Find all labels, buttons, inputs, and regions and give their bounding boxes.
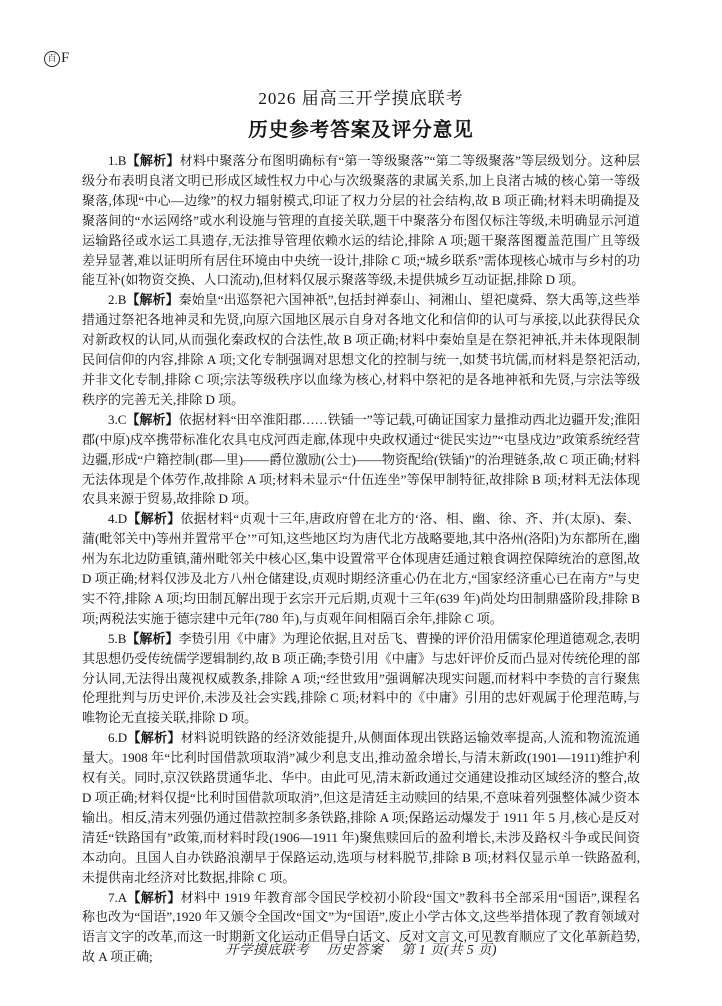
answer-number: 3.C [108, 412, 126, 427]
answer-sheet-subtitle: 历史参考答案及评分意见 [0, 114, 722, 142]
analysis-tag: 【解析】 [127, 890, 181, 905]
page-footer: 开学摸底联考历史答案第 1 页(共 5 页) [0, 938, 722, 958]
analysis-tag: 【解析】 [127, 730, 181, 745]
answer-number: 2.B [108, 292, 126, 307]
footer-page-number: 第 1 页(共 5 页) [401, 942, 497, 957]
answer-paragraph-3: 3.C【解析】依据材料“田卒淮阳郡……铁锸一”等记载,可确证国家力量推动西北边疆… [82, 410, 640, 510]
answers-body: 1.B【解析】材料中聚落分布图明确标有“第一等级聚落”“第二等级聚落”等层级划分… [82, 151, 640, 967]
analysis-tag: 【解析】 [126, 631, 178, 646]
analysis-tag: 【解析】 [126, 412, 178, 427]
answer-number: 5.B [108, 631, 126, 646]
answer-paragraph-2: 2.B【解析】秦始皇“出巡祭祀六国神祇”,包括封禅泰山、祠湘山、望祀虞舜、祭大禹… [82, 290, 640, 409]
answer-paragraph-1: 1.B【解析】材料中聚落分布图明确标有“第一等级聚落”“第二等级聚落”等层级划分… [82, 151, 640, 290]
analysis-text: 材料说明铁路的经济效能提升,从侧面体现出铁路运输效率提高,人流和物流流通量大。1… [82, 730, 640, 884]
answer-number: 4.D [108, 511, 127, 526]
analysis-text: 材料中聚落分布图明确标有“第一等级聚落”“第二等级聚落”等层级划分。这种层级分布… [82, 153, 640, 287]
publisher-watermark: 百F [44, 50, 69, 67]
analysis-text: 秦始皇“出巡祭祀六国神祇”,包括封禅泰山、祠湘山、望祀虞舜、祭大禹等,这些举措通… [82, 292, 640, 407]
footer-exam-name: 开学摸底联考 [225, 942, 309, 957]
exam-title: 2026 届高三开学摸底联考 [0, 84, 722, 109]
watermark-letter: F [61, 50, 69, 67]
analysis-tag: 【解析】 [126, 292, 178, 307]
answer-paragraph-5: 5.B【解析】李贽引用《中庸》为理论依据,且对岳飞、曹操的评价沿用儒家伦理道德观… [82, 629, 640, 729]
answer-number: 1.B [108, 153, 126, 168]
circled-bai-logo-icon: 百 [44, 51, 60, 67]
answer-number: 7.A [108, 890, 127, 905]
analysis-tag: 【解析】 [126, 153, 179, 168]
footer-subject: 历史答案 [327, 942, 383, 957]
answer-paragraph-6: 6.D【解析】材料说明铁路的经济效能提升,从侧面体现出铁路运输效率提高,人流和物… [82, 728, 640, 887]
document-page: { "watermark": { "circle_char": "百", "su… [0, 0, 722, 1006]
answer-paragraph-4: 4.D【解析】依据材料“贞观十三年,唐政府曾在北方的‘洛、相、幽、徐、齐、并(太… [82, 509, 640, 628]
answer-number: 6.D [108, 730, 127, 745]
analysis-tag: 【解析】 [127, 511, 180, 526]
document-header: 2026 届高三开学摸底联考 历史参考答案及评分意见 [0, 0, 722, 142]
analysis-text: 依据材料“贞观十三年,唐政府曾在北方的‘洛、相、幽、徐、齐、并(太原)、秦、蒲(… [82, 511, 640, 626]
